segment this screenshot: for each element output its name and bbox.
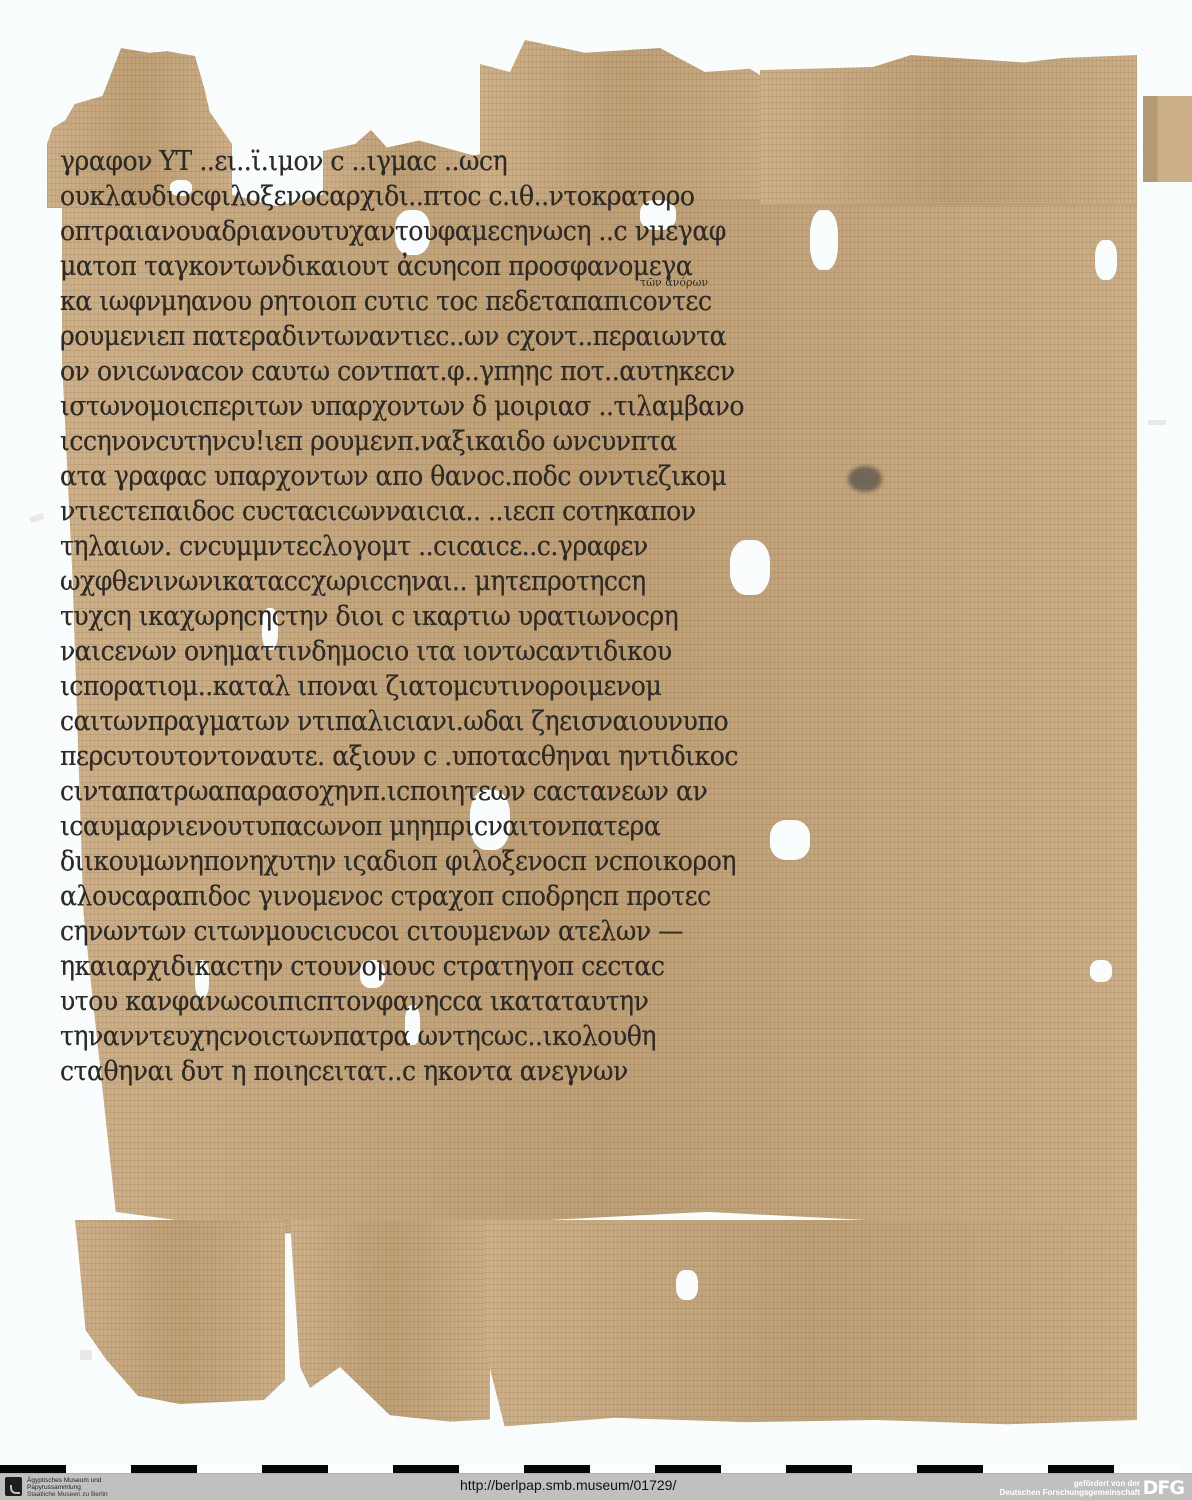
text-line: περϲυτουτοντοναυτε. αξιουν ϲ .υποταϲθηνα… [60,739,1046,774]
text-line: ματοπ ταγκοντωνδικαιουτ ἀϲυηϲοπ προσφανο… [60,249,1046,284]
footer-bar: Ägyptisches Museum und Papyrussammlung S… [0,1473,1192,1500]
text-line: υτου κανφανωϲοιπιϲπτονφανηϲϲα ικαταταυτη… [60,984,1046,1019]
text-line: ϲινταπατρωαπαρασοχηνπ.ιϲποιητεων ϲαϲτανε… [60,774,1046,809]
text-line: οπτραιανουαδριανουτυχαντουφαμεϲηνωϲη ..ϲ… [60,214,1046,249]
text-line: ϲταθηναι δυτ η ποιηϲειτατ..ϲ ηκοντα ανεγ… [60,1054,1046,1089]
dfg-logo-icon: DFG [1143,1477,1184,1499]
text-line: ϲαιτωνπραγματων ντιπαλιϲιανι.ωδαι ζηεισν… [60,704,1046,739]
papyrus-fragment-bottom-left [75,1220,285,1420]
permalink-url[interactable]: http://berlpap.smb.museum/01729/ [460,1477,676,1493]
museum-logo-icon [5,1477,22,1496]
text-line: τυχϲη ικαχωρηϲηϲτην διοι ϲ ικαρτιω υρατι… [60,599,1046,634]
papyrus-fragment-bottom-center [290,1220,490,1430]
text-line: ηκαιαρχιδικαϲτην ϲτουνομουϲ ϲτρατηγοπ ϲε… [60,949,1046,984]
text-line: ντιεϲτεπαιδοϲ ϲυϲταϲιϲωνναιϲια.. ..ιεϲπ … [60,494,1046,529]
text-line: ναιϲενων ονηματτινδημοϲιο ιτα ιοντωϲαντι… [60,634,1046,669]
text-line: ϲηνωντων ϲιτωνμουϲιϲυϲοι ϲιτουμενων ατελ… [60,914,1046,949]
text-line: ιϲϲηνονϲυτηνϲυ!ιεπ ρουμενπ.ναξικαιδο ωνϲ… [60,424,1046,459]
text-line: τηλαιων. ϲνϲυμμντεϲλογομτ ..ϲιϲαιϲε..ϲ.γ… [60,529,1046,564]
text-line: ιϲπορατιομ..καταλ ιποναι ζιατομϲυτινοροι… [60,669,1046,704]
text-line: ατα γραφαϲ υπαρχοντων απο θανοϲ.ποδϲ ονν… [60,459,1046,494]
text-line: διικουμωνηπονηχυτην ιςαδιοπ φιλοξενοϲπ ν… [60,844,1046,879]
text-line: ον ονιϲωναϲον ϲαυτω ϲοντπατ.φ..γπηηϲ ποτ… [60,354,1046,389]
text-line: ωχφθενινωνικαταϲϲχωριϲϲηναι.. μητεπροτηϲ… [60,564,1046,599]
text-line: ρουμενιεπ πατεραδιντωναντιεϲ..ων ϲχοντ..… [60,319,1046,354]
mounting-tab [1143,96,1192,182]
text-line: αλουϲαραπιδοϲ γινομενοϲ ϲτραχοπ ϲποδρηϲπ… [60,879,1046,914]
scale-bar [0,1465,1192,1473]
tape-fragment [80,1350,92,1360]
tape-fragment [29,513,44,523]
papyrus-text: γραφον ΥΤ ..ει..ϊ.ιμον ϲ ..ιγμαϲ ..ωϲη ο… [60,144,1120,1089]
scan-area: τῶν ἀνόρων γραφον ΥΤ ..ει..ϊ.ιμον ϲ ..ιγ… [0,0,1192,1465]
papyrus-hole [676,1270,698,1300]
funding-credit: gefördert von der Deutschen Forschungsge… [1000,1479,1140,1497]
text-line: γραφον ΥΤ ..ει..ϊ.ιμον ϲ ..ιγμαϲ ..ωϲη [60,144,1046,179]
text-line: ιϲαυμαρνιενουτυπαϲωνοπ μηηπριϲναιτονπατε… [60,809,1046,844]
text-line: τηνανντευχηϲνοιϲτωνπατρα ωντηϲωϲ..ικολου… [60,1019,1046,1054]
papyrus-fragment-bottom-right [485,1220,1137,1435]
tape-fragment [1148,420,1166,425]
text-line: ουκλαυδιοϲφιλοξενοϲαρχιδι..πτοϲ ϲ.ιθ..ντ… [60,179,1046,214]
text-line: κα ιωφνμηανου ρητοιοπ ϲυτιϲ τοϲ πεδεταπα… [60,284,1046,319]
institution-name: Ägyptisches Museum und Papyrussammlung S… [27,1477,108,1498]
text-line: ιστωνομοιϲπεριτων υπαρχοντων δ μοιριασ .… [60,389,1046,424]
